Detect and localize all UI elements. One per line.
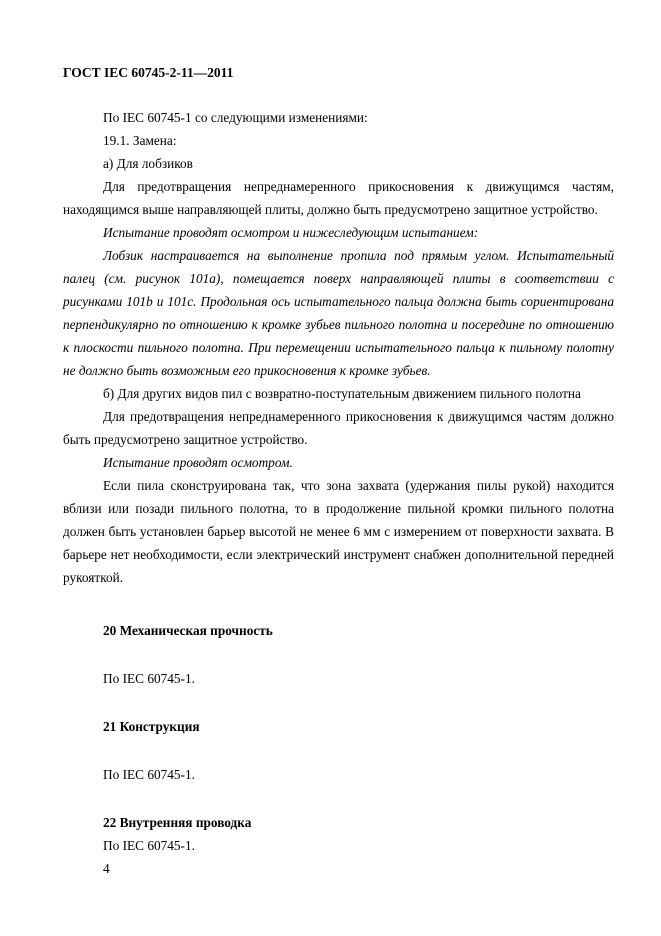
- document-body: По IEC 60745-1 со следующими изменениями…: [63, 106, 614, 880]
- spacer: [63, 786, 614, 809]
- spacer: [63, 690, 614, 713]
- intro-paragraph: По IEC 60745-1 со следующими изменениями…: [63, 106, 614, 129]
- spacer: [63, 738, 614, 761]
- section-21-text: По IEC 60745-1.: [63, 763, 614, 786]
- page-number: 4: [63, 857, 614, 880]
- section-20-heading: 20 Механическая прочность: [63, 619, 614, 642]
- item-b-barrier: Если пила сконструирована так, что зона …: [63, 474, 614, 589]
- clause-19-1-label: 19.1. Замена:: [63, 129, 614, 152]
- section-21-heading: 21 Конструкция: [63, 715, 614, 738]
- item-a-test-procedure: Лобзик настраивается на выполнение пропи…: [63, 244, 614, 382]
- section-22-heading: 22 Внутренняя проводка: [63, 811, 614, 834]
- item-a-test-intro: Испытание проводят осмотром и нижеследую…: [63, 221, 614, 244]
- item-a-title: а) Для лобзиков: [63, 152, 614, 175]
- item-a-requirement: Для предотвращения непреднамеренного при…: [63, 175, 614, 221]
- spacer: [63, 642, 614, 665]
- item-b-test: Испытание проводят осмотром.: [63, 451, 614, 474]
- section-20-text: По IEC 60745-1.: [63, 667, 614, 690]
- item-b-title: б) Для других видов пил с возвратно-пост…: [63, 382, 614, 405]
- item-b-requirement: Для предотвращения непреднамеренного при…: [63, 405, 614, 451]
- document-header-title: ГОСТ IEC 60745-2-11—2011: [63, 65, 233, 81]
- section-22-text: По IEC 60745-1.: [63, 834, 614, 857]
- spacer: [63, 589, 614, 612]
